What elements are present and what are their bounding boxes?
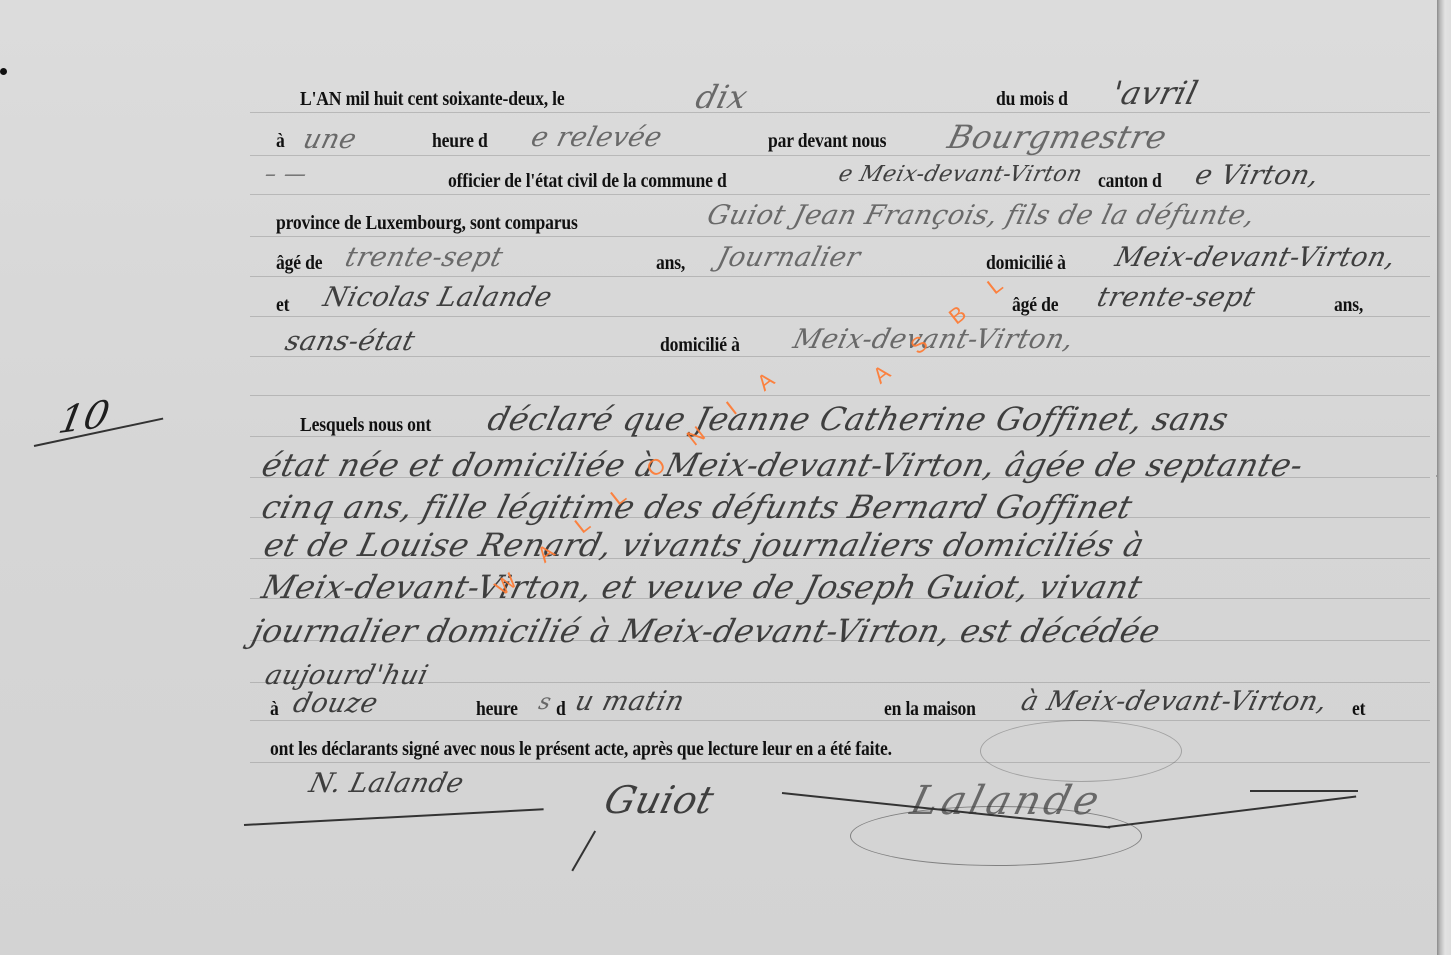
- hand-declarant-1: Guiot Jean François, fils de la défunte,: [704, 200, 1258, 231]
- print-d: d: [556, 698, 566, 721]
- ruled-line: [250, 720, 1430, 721]
- document-page: 10 L'AN mil huit cent soixante-deux, le …: [0, 0, 1437, 955]
- hand-dashes: – —: [262, 162, 310, 187]
- print-month-label: du mois d: [996, 88, 1068, 111]
- hand-time-of-day: e relevée: [528, 122, 666, 153]
- ruled-line: [250, 762, 1430, 763]
- hand-month: 'avril: [1108, 74, 1202, 112]
- hand-age-2: trente-sept: [1094, 282, 1258, 313]
- hand-declaration-2: état née et domiciliée à Meix-devant-Vir…: [258, 446, 1307, 484]
- print-officer-text: officier de l'état civil de la commune d: [448, 170, 727, 193]
- print-and: et: [276, 294, 289, 317]
- print-hour-label-2: heure: [476, 698, 518, 721]
- ruled-line: [250, 395, 1430, 396]
- print-declared-label: Lesquels nous ont: [300, 414, 431, 437]
- signature-loop-2: [980, 720, 1182, 782]
- hand-declaration-4: et de Louise Renard, vivants journaliers…: [260, 526, 1148, 564]
- print-domicile-label-2: domicilié à: [660, 334, 740, 357]
- print-age-label: âgé de: [276, 252, 322, 275]
- hand-place-of-death: à Meix-devant-Virton,: [1018, 686, 1331, 717]
- hand-canton: e Virton,: [1192, 160, 1322, 191]
- signature-loop-1: [850, 806, 1142, 866]
- signature-flourish-guiot: [571, 831, 595, 872]
- hand-domicile-1: Meix-devant-Virton,: [1112, 242, 1399, 273]
- ruled-line: [250, 682, 1430, 683]
- print-at: à: [270, 698, 279, 721]
- hand-official-title: Bourgmestre: [944, 118, 1171, 156]
- print-in-house: en la maison: [884, 698, 976, 721]
- print-years-label: ans,: [656, 252, 685, 275]
- ruled-line: [250, 194, 1430, 195]
- hand-occupation-2: sans-état: [282, 326, 418, 357]
- hand-declaration-5: Meix-devant-Virton, et veuve de Joseph G…: [258, 568, 1146, 606]
- print-province-text: province de Luxembourg, sont comparus: [276, 212, 578, 235]
- hand-declaration-3: cinq ans, fille légitime des défunts Ber…: [258, 488, 1136, 526]
- print-years-label-2: ans,: [1334, 294, 1363, 317]
- signature-stroke-2: [1108, 796, 1356, 828]
- hand-declaration-7: aujourd'hui: [262, 660, 432, 691]
- hand-declarant-2: Nicolas Lalande: [320, 282, 555, 313]
- print-and-2: et: [1352, 698, 1365, 721]
- hand-declaration-6: journalier domicilié à Meix-devant-Virto…: [248, 612, 1164, 650]
- print-age-label-2: âgé de: [1012, 294, 1058, 317]
- print-year-text: L'AN mil huit cent soixante-deux, le: [300, 88, 565, 111]
- page-edge: [1437, 0, 1451, 955]
- margin-mark: [0, 68, 7, 75]
- ruled-line: [250, 112, 1430, 113]
- print-a: à: [276, 130, 285, 153]
- hand-hour: une: [300, 124, 360, 155]
- hand-morning: u matin: [572, 686, 688, 717]
- print-closing-text: ont les déclarants signé avec nous le pr…: [270, 738, 892, 761]
- signature-underline-1: [244, 808, 544, 826]
- hand-plural-s: s: [536, 690, 554, 715]
- hand-declaration-1: déclaré que Jeanne Catherine Goffinet, s…: [484, 400, 1233, 438]
- hand-age-1: trente-sept: [342, 242, 506, 273]
- hand-commune: e Meix-devant-Virton: [836, 162, 1085, 187]
- print-canton-label: canton d: [1098, 170, 1162, 193]
- ruled-line: [250, 236, 1430, 237]
- ruled-line: [250, 155, 1430, 156]
- signature-stroke-3: [1250, 790, 1358, 792]
- hand-day: dix: [692, 78, 752, 116]
- ruled-line: [250, 356, 1430, 357]
- signature-guiot: Guiot: [600, 778, 719, 822]
- print-before-us: par devant nous: [768, 130, 886, 153]
- signature-n-lalande: N. Lalande: [306, 768, 467, 799]
- hand-occupation-1: Journalier: [714, 242, 864, 273]
- ruled-line: [250, 316, 1430, 317]
- ruled-line: [250, 276, 1430, 277]
- print-hour-label: heure d: [432, 130, 488, 153]
- hand-death-hour: douze: [290, 688, 381, 719]
